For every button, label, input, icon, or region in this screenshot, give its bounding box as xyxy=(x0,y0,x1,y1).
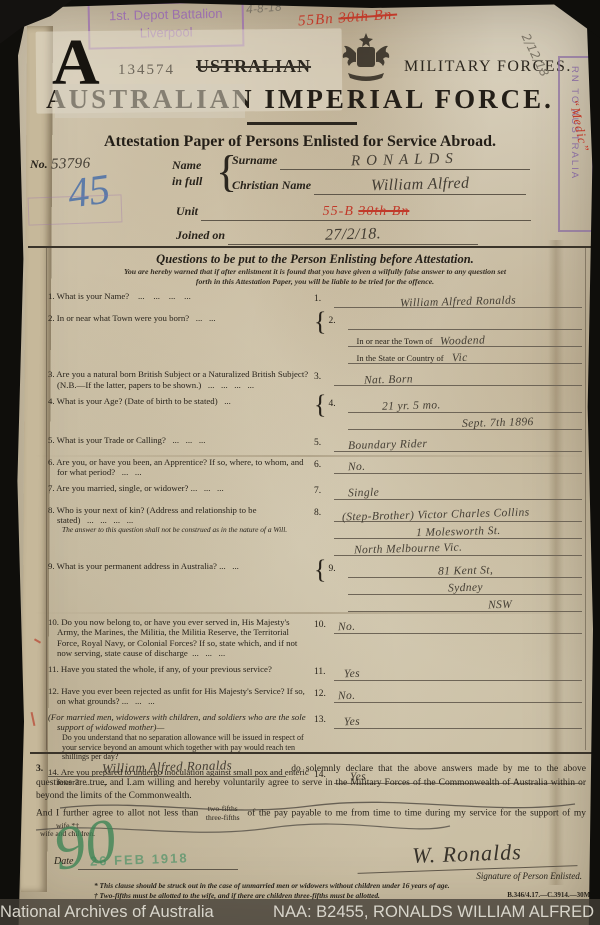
question-row-10: 10. Do you now belong to, or have you ev… xyxy=(48,617,582,659)
declaration-number: 3. xyxy=(36,764,43,774)
question-text: 3. Are you a natural born British Subjec… xyxy=(48,369,312,390)
questions-warning: You are hereby warned that if after enli… xyxy=(48,267,582,286)
question-text: 2. In or near what Town were you born? .… xyxy=(48,313,312,324)
answer-value: 21 yr. 5 mo. xyxy=(382,400,441,413)
warning-line1: You are hereby warned that if after enli… xyxy=(124,267,506,276)
form-border-right xyxy=(585,248,586,750)
answer-number: 2. xyxy=(328,313,348,364)
answer-number: 7. xyxy=(314,483,334,500)
joined-on-value: 27/2/18. xyxy=(325,225,382,244)
christian-name-label: Christian Name xyxy=(232,178,311,192)
answer-value: 81 Kent St, xyxy=(437,565,492,578)
question-row-5: 5. What is your Trade or Calling? ... ..… xyxy=(48,435,582,452)
questions-heading: Questions to be put to the Person Enlist… xyxy=(48,252,582,267)
answer-brace: { xyxy=(314,390,326,430)
question-note: The answer to this question shall not be… xyxy=(48,526,312,535)
question-text: 11. Have you stated the whole, if any, o… xyxy=(48,664,312,675)
fraction-options: two-fifthsthree-fifths xyxy=(206,805,240,822)
serial-number: 134574 xyxy=(118,62,175,79)
answer-value: North Melbourne Vic. xyxy=(354,543,463,557)
answer-value: Woodend xyxy=(440,335,485,348)
corner-letter-a: A xyxy=(52,30,100,96)
unit-label: Unit xyxy=(176,204,198,218)
answer-value: Yes xyxy=(344,669,360,681)
question-row-8: 8. Who is your next of kin? (Address and… xyxy=(48,505,582,556)
declarant-name-line: William Alfred Ronalds xyxy=(48,758,286,777)
answer-value: Single xyxy=(348,488,379,500)
answer-number: 4. xyxy=(328,396,348,430)
warning-line2: forth in this Attestation Paper, you wil… xyxy=(196,277,434,286)
surname-line: RONALDS xyxy=(280,152,530,170)
question-row-6: 6. Are you, or have you been, an Apprent… xyxy=(48,457,582,478)
answer-brace: { xyxy=(314,555,326,612)
declaration-section: 3. William Alfred Ronalds do solemnly de… xyxy=(30,752,592,901)
question-row-9: 9. What is your permanent address in Aus… xyxy=(48,561,582,612)
signature-block: W. Ronalds Signature of Person Enlisted. xyxy=(352,839,582,882)
depot-stamp-line1: 1st. Depot Battalion xyxy=(90,4,242,25)
unit-field: Unit 55-B 30th Bn xyxy=(176,204,531,221)
answer-value: William Alfred Ronalds xyxy=(400,295,516,310)
joined-on-field: Joined on 27/2/18. xyxy=(176,226,478,245)
surname-value: RONALDS xyxy=(351,151,459,171)
red-unit-old-struck: 30th Bn. xyxy=(338,7,398,27)
name-label: Name xyxy=(172,158,201,172)
answer-number: 12. xyxy=(314,686,334,707)
unit-line: 55-B 30th Bn xyxy=(201,204,531,221)
question-text: 5. What is your Trade or Calling? ... ..… xyxy=(48,435,312,446)
question-row-12: 12. Have you ever been rejected as unfit… xyxy=(48,686,582,707)
attestation-paper-title: Attestation Paper of Persons Enlisted fo… xyxy=(0,133,600,151)
answer-value: NSW xyxy=(488,600,512,612)
masthead-australian-struck: USTRALIAN xyxy=(196,56,311,77)
surname-field: Surname RONALDS xyxy=(232,152,530,170)
answer-value: Vic xyxy=(451,353,467,365)
question-row-2: 2. In or near what Town were you born? .… xyxy=(48,313,582,364)
archive-reference: NAA: B2455, RONALDS WILLIAM ALFRED xyxy=(273,903,594,922)
question-row-1: 1. What is your Name? ... ... ... ... 1.… xyxy=(48,291,582,308)
faint-stamp-remnant xyxy=(28,194,123,225)
answer-value: 1 Molesworth St. xyxy=(416,526,501,540)
name-in-full-label: Name in full xyxy=(172,158,202,189)
declaration-paragraph: 3. William Alfred Ronalds do solemnly de… xyxy=(36,758,586,802)
answer-value: Sept. 7th 1896 xyxy=(462,417,534,430)
christian-name-field: Christian Name William Alfred xyxy=(232,176,526,195)
joined-on-line: 27/2/18. xyxy=(228,226,478,245)
section-divider xyxy=(28,246,592,248)
support-pre: for the support of my xyxy=(500,809,586,819)
question-row-7: 7. Are you married, single, or widower? … xyxy=(48,483,582,500)
archive-name: National Archives of Australia xyxy=(0,903,214,922)
answer-value: Nat. Born xyxy=(364,374,413,387)
answer-number: 11. xyxy=(314,664,334,681)
allotment-clause: And I further agree to allot not less th… xyxy=(36,805,586,838)
answer-number: 8. xyxy=(314,505,334,556)
scanned-attestation-document: 1st. Depot Battalion Liverpool 4-8-18 55… xyxy=(0,0,600,925)
question-text: 9. What is your permanent address in Aus… xyxy=(48,561,312,572)
answer-value: Yes xyxy=(344,717,360,729)
christian-name-value: William Alfred xyxy=(371,175,470,196)
no-label: No. xyxy=(30,157,48,171)
declaration-divider xyxy=(30,752,592,754)
red-unit-new: 55Bn xyxy=(298,11,335,29)
answer-number: 5. xyxy=(314,435,334,452)
coat-of-arms-icon xyxy=(334,28,398,90)
footnote-asterisk: * This clause should be struck out in th… xyxy=(94,881,592,891)
answer-value: No. xyxy=(338,622,356,634)
answer-number: 9. xyxy=(328,561,348,612)
unit-value-old-struck: 30th Bn xyxy=(358,204,409,219)
footnotes: * This clause should be struck out in th… xyxy=(94,881,592,901)
title-rule xyxy=(247,122,357,125)
green-crayon-mark: 90 xyxy=(49,809,121,881)
question-text: 7. Are you married, single, or widower? … xyxy=(48,483,312,494)
three-fifths-option: three-fifths xyxy=(206,814,240,822)
answer-value: No. xyxy=(338,691,356,703)
christian-name-line: William Alfred xyxy=(314,176,526,195)
joined-on-label: Joined on xyxy=(176,228,225,242)
questions-section: Questions to be put to the Person Enlist… xyxy=(48,252,582,788)
declaration-line1: do solemnly declare that the above answe… xyxy=(291,764,498,774)
question-row-4: 4. What is your Age? (Date of birth to b… xyxy=(48,396,582,430)
question-italic-intro: (For married men, widowers with children… xyxy=(48,712,312,733)
question-text: 1. What is your Name? ... ... ... ... xyxy=(48,291,312,302)
answer-label: In or near the Town of xyxy=(356,336,432,346)
answer-value: Boundary Rider xyxy=(348,439,428,453)
question-text: 4. What is your Age? (Date of birth to b… xyxy=(48,396,312,407)
signature: W. Ronalds xyxy=(357,835,578,873)
question-text: 6. Are you, or have you been, an Apprent… xyxy=(48,457,312,478)
archive-watermark-bar: National Archives of Australia NAA: B245… xyxy=(0,899,600,925)
allot-post: of the pay payable to me from time to ti… xyxy=(247,809,496,819)
in-full-label: in full xyxy=(172,174,202,188)
question-text: 8. Who is your next of kin? (Address and… xyxy=(48,505,312,526)
question-text: 10. Do you now belong to, or have you ev… xyxy=(48,617,312,659)
answer-label: In the State or Country of xyxy=(356,353,443,363)
question-row-11: 11. Have you stated the whole, if any, o… xyxy=(48,664,582,681)
answer-brace: { xyxy=(314,307,326,364)
surname-label: Surname xyxy=(232,153,277,167)
answer-number: 10. xyxy=(314,617,334,659)
answer-number: 1. xyxy=(314,291,334,308)
unit-value: 55-B 30th Bn xyxy=(323,204,410,220)
answer-value: Sydney xyxy=(448,583,483,595)
question-text: 12. Have you ever been rejected as unfit… xyxy=(48,686,312,707)
answer-value: No. xyxy=(348,462,366,474)
answer-number: 6. xyxy=(314,457,334,478)
answer-number: 3. xyxy=(314,369,334,390)
question-row-3: 3. Are you a natural born British Subjec… xyxy=(48,369,582,390)
unit-value-new: 55-B xyxy=(323,204,354,219)
form-border-left xyxy=(46,248,47,750)
declarant-name: William Alfred Ronalds xyxy=(102,756,233,777)
